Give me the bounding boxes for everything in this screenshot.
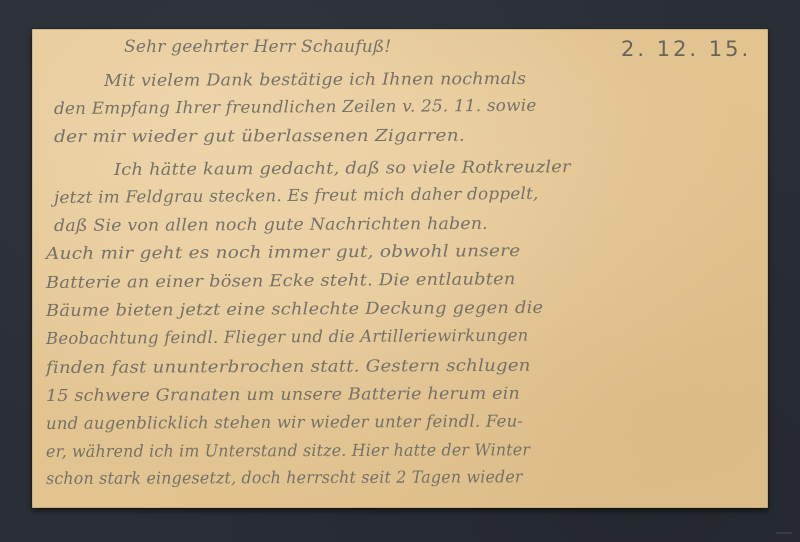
letter-date: 2. 12. 15. — [621, 37, 751, 61]
text-line-15: schon stark eingesetzt, doch herrscht se… — [46, 467, 523, 488]
corner-mark — [776, 532, 792, 534]
text-line-7: Auch mir geht es noch immer gut, obwohl … — [46, 241, 520, 263]
text-line-5: jetzt im Feldgrau stecken. Es freut mich… — [54, 184, 539, 207]
text-line-2: den Empfang Ihrer freundlichen Zeilen v.… — [54, 96, 537, 118]
text-line-9: Bäume bieten jetzt eine schlechte Deckun… — [46, 298, 543, 320]
text-line-8: Batterie an einer bösen Ecke steht. Die … — [46, 269, 516, 292]
text-line-11: finden fast ununterbrochen statt. Gester… — [46, 356, 531, 377]
text-line-13: und augenblicklich stehen wir wieder unt… — [46, 412, 523, 433]
text-line-6: daß Sie von allen noch gute Nachrichten … — [54, 214, 488, 235]
text-line-14: er, während ich im Unterstand sitze. Hie… — [46, 440, 530, 461]
text-line-10: Beobachtung feindl. Flieger und die Arti… — [46, 326, 529, 348]
salutation: Sehr geehrter Herr Schaufuß! — [124, 37, 391, 57]
text-line-4: Ich hätte kaum gedacht, daß so viele Rot… — [114, 157, 571, 179]
text-line-12: 15 schwere Granaten um unsere Batterie h… — [46, 384, 520, 405]
postcard: Sehr geehrter Herr Schaufuß! 2. 12. 15. … — [32, 29, 768, 508]
text-line-3: der mir wieder gut überlassenen Zigarren… — [54, 126, 465, 146]
text-line-1: Mit vielem Dank bestätige ich Ihnen noch… — [104, 69, 526, 90]
